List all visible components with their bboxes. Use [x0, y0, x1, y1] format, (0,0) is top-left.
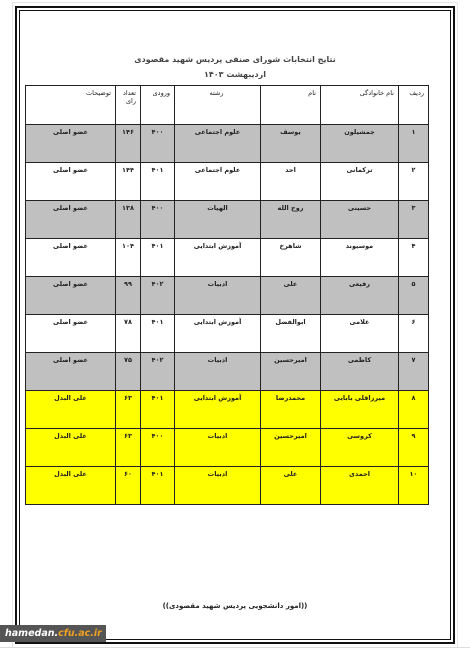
cell-entry: ۴۰۱: [141, 315, 175, 353]
cell-notes: علی البدل: [26, 391, 116, 429]
watermark-text-main: hamedan.: [5, 628, 58, 639]
cell-votes: ۱۰۴: [116, 239, 141, 277]
cell-first-name: یوسف: [261, 125, 321, 163]
table-header-row: ردیف نام خانوادگی نام رشته ورودی تعداد ر…: [26, 86, 429, 125]
cell-notes: عضو اصلی: [26, 125, 116, 163]
table-row: ۸میرزاقلی باباییمحمدرضاآموزش ابتدایی۴۰۱۶…: [26, 391, 429, 429]
cell-first-name: علی: [261, 277, 321, 315]
cell-row: ۱۰: [399, 467, 429, 505]
cell-major: الهیات: [175, 201, 261, 239]
cell-row: ۳: [399, 201, 429, 239]
cell-row: ۶: [399, 315, 429, 353]
table-row: ۴موسیوندشاهرخآموزش ابتدایی۴۰۱۱۰۴عضو اصلی: [26, 239, 429, 277]
cell-first-name: امیرحسین: [261, 353, 321, 391]
cell-major: ادبیات: [175, 467, 261, 505]
cell-row: ۴: [399, 239, 429, 277]
cell-first-name: شاهرخ: [261, 239, 321, 277]
cell-row: ۱: [399, 125, 429, 163]
cell-row: ۷: [399, 353, 429, 391]
cell-entry: ۴۰۱: [141, 467, 175, 505]
cell-votes: ۶۳: [116, 429, 141, 467]
cell-entry: ۴۰۲: [141, 353, 175, 391]
cell-row: ۵: [399, 277, 429, 315]
cell-row: ۸: [399, 391, 429, 429]
cell-first-name: محمدرضا: [261, 391, 321, 429]
cell-major: آموزش ابتدایی: [175, 391, 261, 429]
cell-notes: عضو اصلی: [26, 315, 116, 353]
header-votes: تعداد رای: [116, 86, 141, 125]
cell-last-name: کروسی: [321, 429, 399, 467]
cell-notes: عضو اصلی: [26, 353, 116, 391]
cell-votes: ۱۴۴: [116, 163, 141, 201]
document-subtitle: اردیبهشت ۱۴۰۳: [0, 70, 470, 79]
cell-first-name: امیرحسین: [261, 429, 321, 467]
cell-votes: ۱۳۸: [116, 201, 141, 239]
table-row: ۵رفیعیعلیادبیات۴۰۲۹۹عضو اصلی: [26, 277, 429, 315]
cell-row: ۹: [399, 429, 429, 467]
header-last-name: نام خانوادگی: [321, 86, 399, 125]
cell-last-name: جمشیلون: [321, 125, 399, 163]
site-watermark: hamedan.cfu.ac.ir: [0, 625, 106, 642]
cell-major: ادبیات: [175, 277, 261, 315]
header-first-name: نام: [261, 86, 321, 125]
cell-first-name: احد: [261, 163, 321, 201]
header-row-number: ردیف: [399, 86, 429, 125]
cell-major: ادبیات: [175, 353, 261, 391]
cell-last-name: کاظمی: [321, 353, 399, 391]
footer-signature: ((امور دانشجویی پردیس شهید مقصودی)): [0, 602, 470, 610]
cell-notes: عضو اصلی: [26, 239, 116, 277]
table-row: ۹کروسیامیرحسینادبیات۴۰۰۶۳علی البدل: [26, 429, 429, 467]
cell-first-name: روح الله: [261, 201, 321, 239]
cell-entry: ۴۰۲: [141, 277, 175, 315]
cell-notes: عضو اصلی: [26, 277, 116, 315]
table-row: ۲ترکمانیاحدعلوم اجتماعی۴۰۱۱۴۴عضو اصلی: [26, 163, 429, 201]
cell-entry: ۴۰۱: [141, 391, 175, 429]
header-entry: ورودی: [141, 86, 175, 125]
table-row: ۷کاظمیامیرحسینادبیات۴۰۲۷۵عضو اصلی: [26, 353, 429, 391]
cell-notes: عضو اصلی: [26, 163, 116, 201]
header-notes: توضیحات: [26, 86, 116, 125]
cell-last-name: حسینی: [321, 201, 399, 239]
table-row: ۶غلامیابوالفضلآموزش ابتدایی۴۰۱۷۸عضو اصلی: [26, 315, 429, 353]
cell-first-name: ابوالفضل: [261, 315, 321, 353]
cell-votes: ۹۹: [116, 277, 141, 315]
cell-last-name: غلامی: [321, 315, 399, 353]
results-table: ردیف نام خانوادگی نام رشته ورودی تعداد ر…: [25, 85, 429, 505]
cell-notes: علی البدل: [26, 429, 116, 467]
watermark-text-domain: cfu.ac.ir: [58, 628, 102, 639]
cell-entry: ۴۰۰: [141, 125, 175, 163]
cell-entry: ۴۰۰: [141, 429, 175, 467]
table-row: ۳حسینیروح اللهالهیات۴۰۰۱۳۸عضو اصلی: [26, 201, 429, 239]
cell-votes: ۷۵: [116, 353, 141, 391]
cell-major: آموزش ابتدایی: [175, 315, 261, 353]
document-title: نتایج انتخابات شورای صنفی پردیس شهید مقص…: [0, 55, 470, 64]
cell-last-name: میرزاقلی بابایی: [321, 391, 399, 429]
divider: [0, 647, 470, 648]
cell-votes: ۶۳: [116, 391, 141, 429]
cell-row: ۲: [399, 163, 429, 201]
cell-votes: ۷۸: [116, 315, 141, 353]
cell-major: علوم اجتماعی: [175, 163, 261, 201]
cell-last-name: ترکمانی: [321, 163, 399, 201]
cell-first-name: علی: [261, 467, 321, 505]
cell-major: ادبیات: [175, 429, 261, 467]
cell-notes: علی البدل: [26, 467, 116, 505]
cell-notes: عضو اصلی: [26, 201, 116, 239]
header-major: رشته: [175, 86, 261, 125]
cell-votes: ۶۰: [116, 467, 141, 505]
cell-votes: ۱۴۶: [116, 125, 141, 163]
table-row: ۱۰احمدیعلیادبیات۴۰۱۶۰علی البدل: [26, 467, 429, 505]
cell-entry: ۴۰۱: [141, 163, 175, 201]
cell-major: آموزش ابتدایی: [175, 239, 261, 277]
cell-major: علوم اجتماعی: [175, 125, 261, 163]
cell-last-name: رفیعی: [321, 277, 399, 315]
cell-entry: ۴۰۰: [141, 201, 175, 239]
cell-entry: ۴۰۱: [141, 239, 175, 277]
cell-last-name: موسیوند: [321, 239, 399, 277]
cell-last-name: احمدی: [321, 467, 399, 505]
table-row: ۱جمشیلونیوسفعلوم اجتماعی۴۰۰۱۴۶عضو اصلی: [26, 125, 429, 163]
